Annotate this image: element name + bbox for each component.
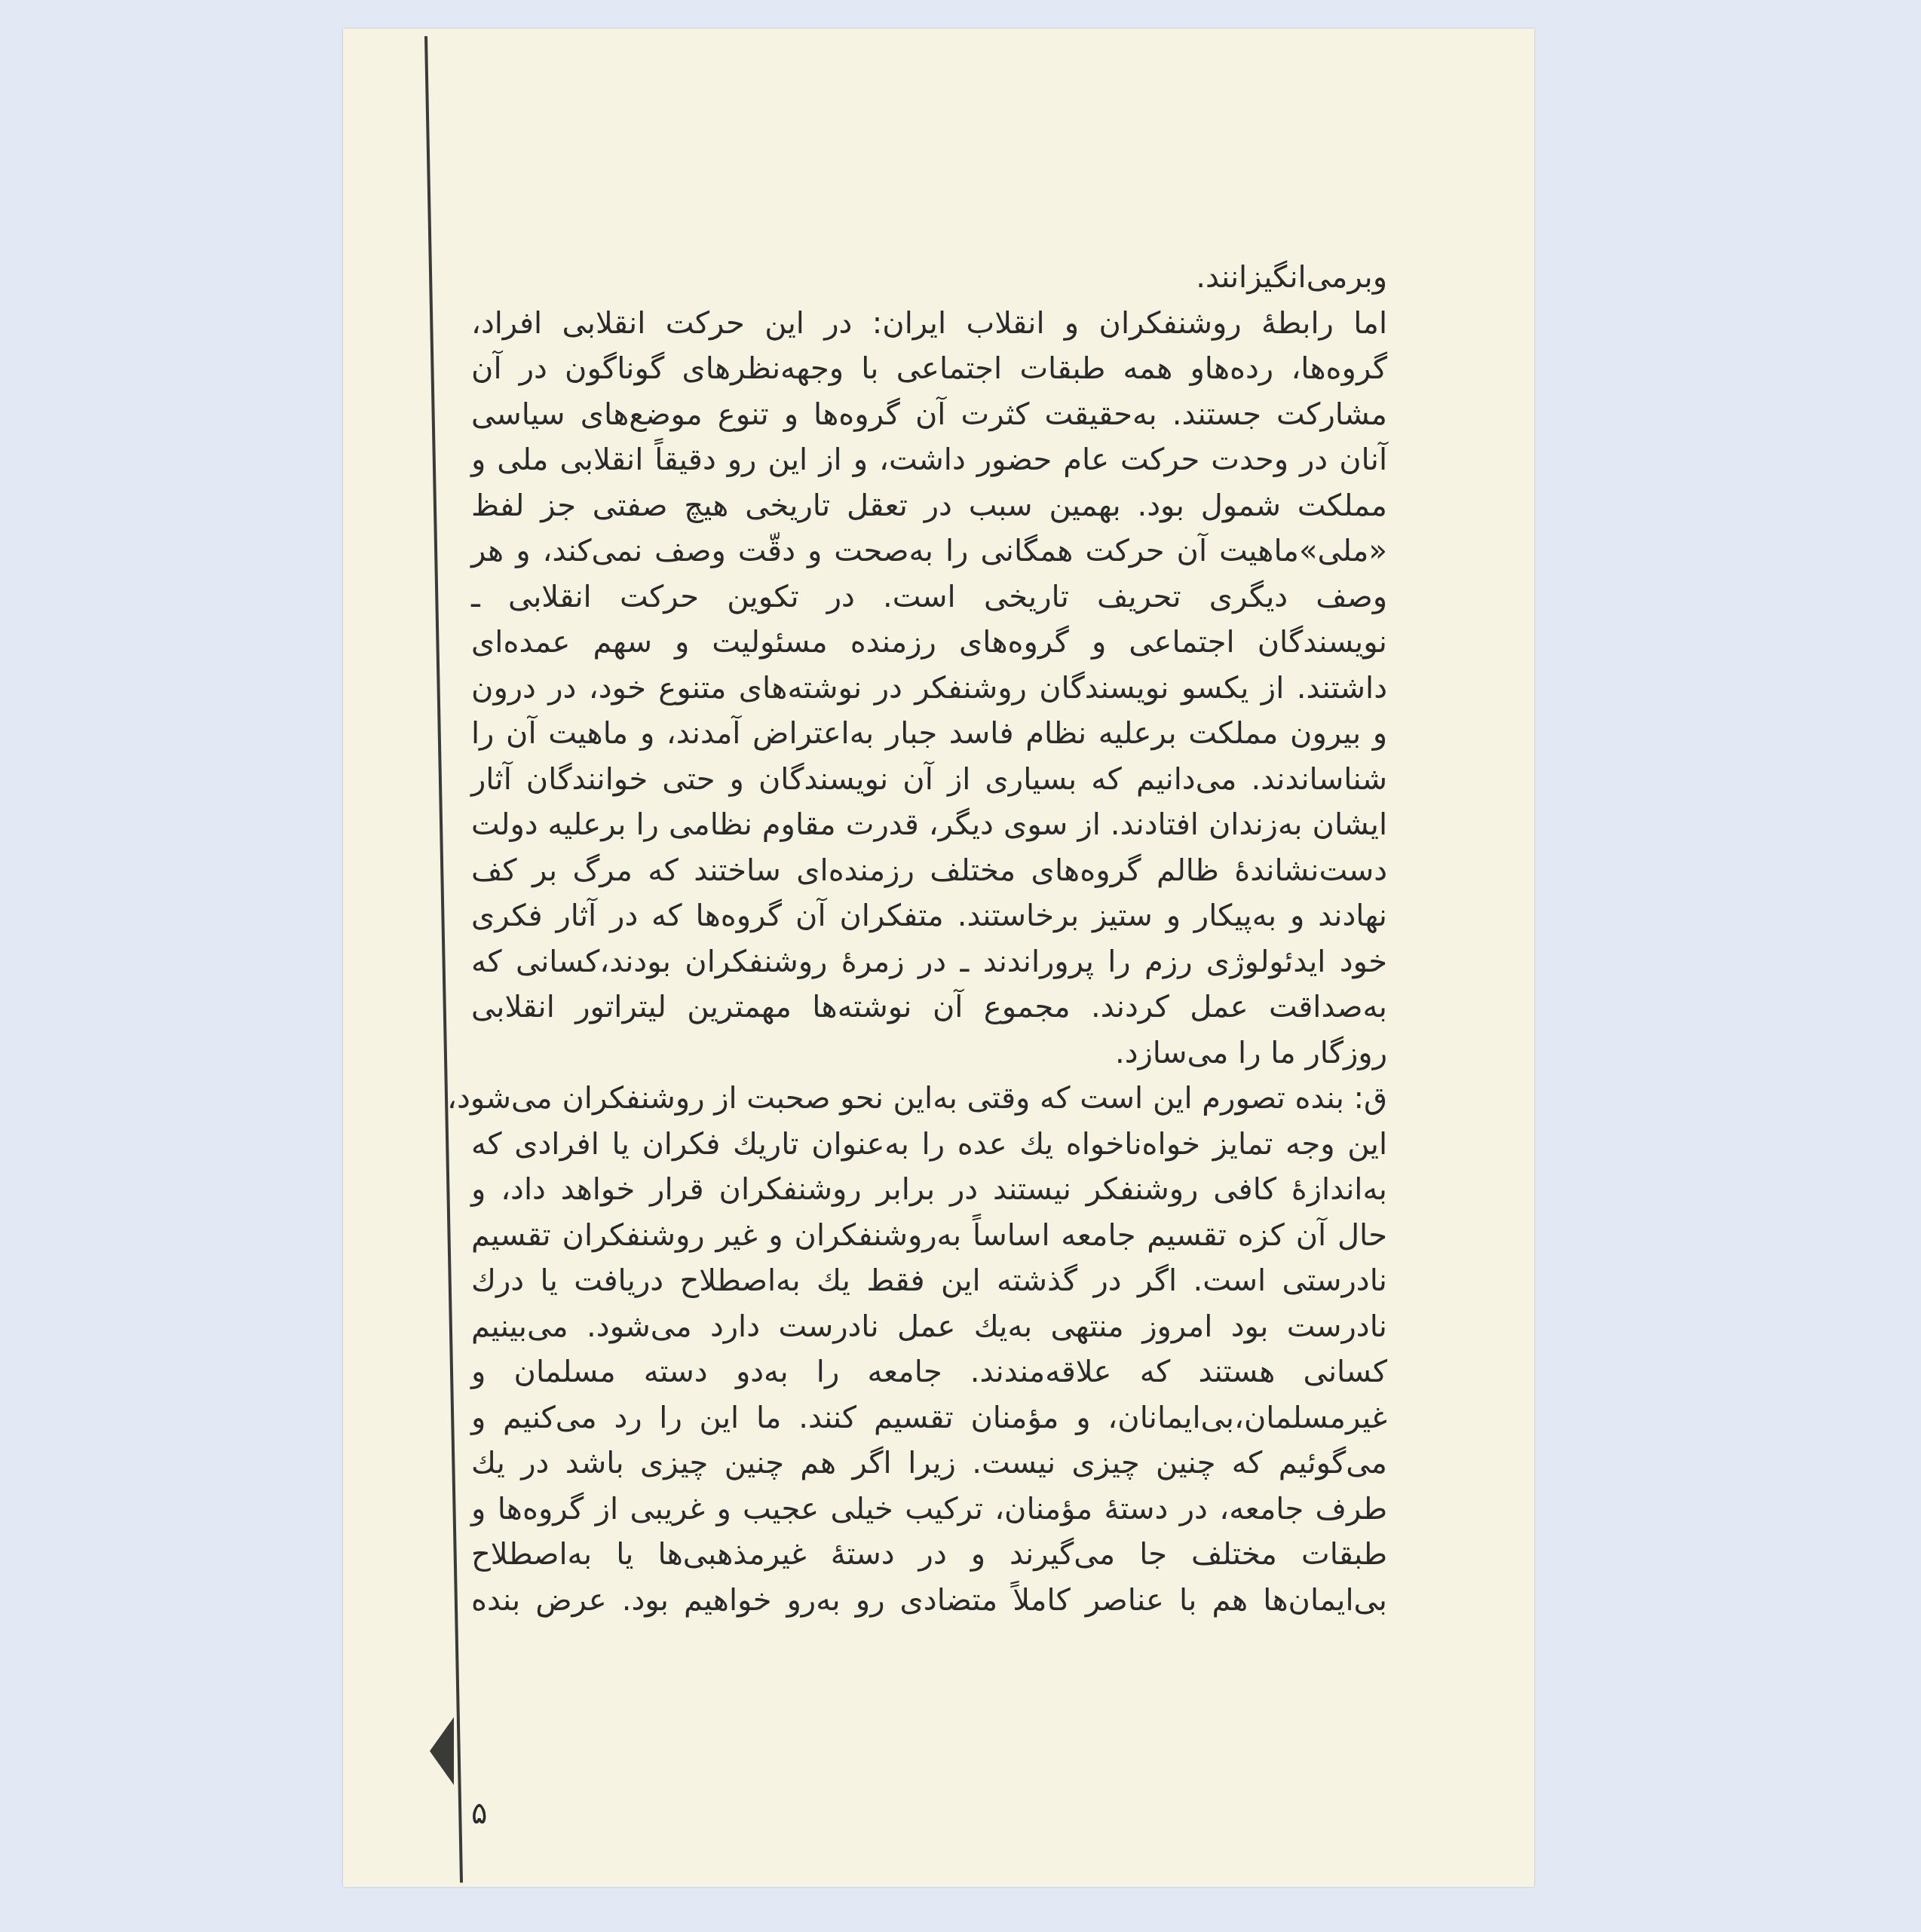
text-line: حال آن کزه تقسیم جامعه اساساً به‌روشنفکر…	[471, 1213, 1387, 1259]
text-line: و بیرون مملکت برعلیه نظام فاسد جبار به‌ا…	[471, 711, 1387, 757]
text-line: کسانی هستند که علاقه‌مندند. جامعه را به‌…	[471, 1349, 1387, 1395]
text-line: آنان در وحدت حرکت عام حضور داشت، و از ای…	[471, 437, 1387, 483]
text-line: طرف جامعه، در دستهٔ مؤمنان، ترکیب خیلی ع…	[471, 1487, 1387, 1532]
text-line: دست‌نشاندهٔ ظالم گروه‌های مختلف رزمنده‌ا…	[471, 848, 1387, 894]
text-line: مشارکت جستند. به‌حقیقت کثرت آن گروه‌ها و…	[471, 392, 1387, 438]
thumb-index-marker	[430, 1717, 454, 1785]
margin-rule	[424, 36, 463, 1883]
text-line: وصف دیگری تحریف تاریخی است. در تکوین حرک…	[471, 574, 1387, 620]
text-line: خود ایدئولوژی رزم را پروراندند ـ در زمره…	[471, 939, 1387, 985]
text-line: گروه‌ها، رده‌هاو همه طبقات اجتماعی با وج…	[471, 346, 1387, 392]
text-line: «ملی»ماهیت آن حرکت همگانی را به‌صحت و دق…	[471, 528, 1387, 574]
text-line: نویسندگان اجتماعی و گروه‌های رزمنده مسئو…	[471, 620, 1387, 666]
text-line: ق: بنده تصورم این است که وقتی به‌این نحو…	[471, 1076, 1387, 1122]
text-line: غیرمسلمان،بی‌ایمانان، و مؤمنان تقسیم کنن…	[471, 1395, 1387, 1441]
text-line: داشتند. از یکسو نویسندگان روشنفکر در نوش…	[471, 666, 1387, 712]
text-line: وبرمی‌انگیزانند.	[471, 255, 1387, 301]
text-line: طبقات مختلف جا می‌گیرند و در دستهٔ غیرمذ…	[471, 1532, 1387, 1578]
text-line: مملکت شمول بود. بهمین سبب در تعقل تاریخی…	[471, 483, 1387, 529]
text-line: ایشان به‌زندان افتادند. از سوی دیگر، قدر…	[471, 802, 1387, 848]
body-text: وبرمی‌انگیزانند. اما رابطهٔ روشنفکران و …	[471, 255, 1387, 1623]
text-line: روزگار ما را می‌سازد.	[471, 1030, 1387, 1076]
text-line: می‌گوئیم که چنین چیزی نیست. زیرا اگر هم …	[471, 1441, 1387, 1487]
page-number: ۵	[471, 1796, 487, 1831]
text-line: اما رابطهٔ روشنفکران و انقلاب ایران: در …	[471, 301, 1387, 347]
text-line: به‌اندازهٔ کافی روشنفکر نیستند در برابر …	[471, 1167, 1387, 1213]
text-line: بی‌ایمان‌ها هم با عناصر کاملاً متضادی رو…	[471, 1578, 1387, 1624]
text-line: شناساندند. می‌دانیم که بسیاری از آن نویس…	[471, 757, 1387, 803]
text-line: نهادند و به‌پیکار و ستیز برخاستند. متفکر…	[471, 893, 1387, 939]
text-line: به‌صداقت عمل کردند. مجموع آن نوشته‌ها مه…	[471, 984, 1387, 1030]
text-line: نادرست بود امروز منتهی به‌یك عمل نادرست …	[471, 1304, 1387, 1350]
book-page: وبرمی‌انگیزانند. اما رابطهٔ روشنفکران و …	[343, 29, 1534, 1887]
text-line: این وجه تمایز خواه‌ناخواه یك عده را به‌ع…	[471, 1122, 1387, 1168]
text-line: نادرستی است. اگر در گذشته این فقط یك به‌…	[471, 1258, 1387, 1304]
